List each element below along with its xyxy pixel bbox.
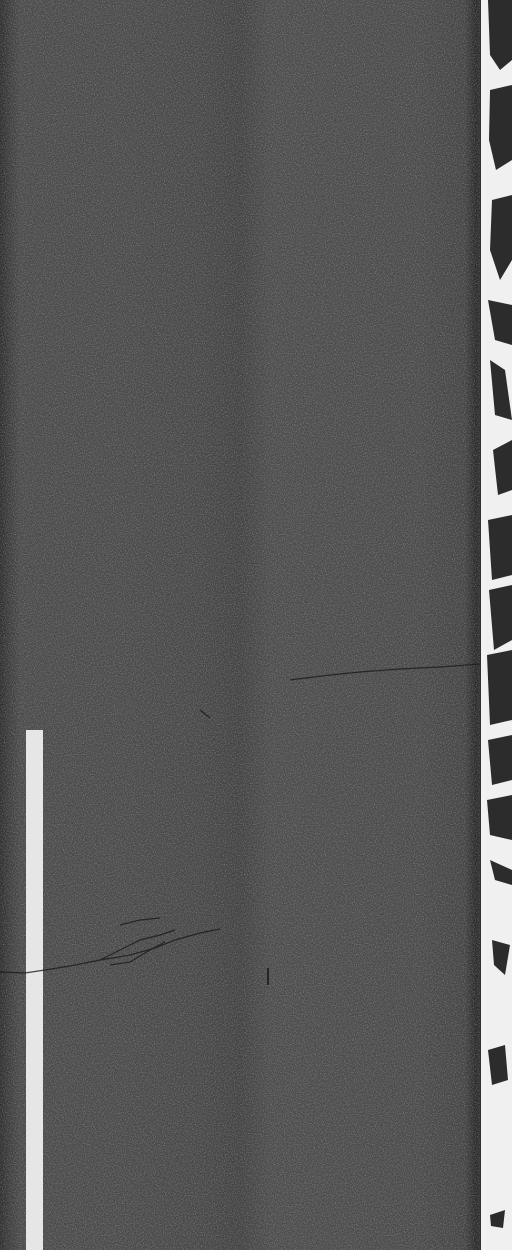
- cracks-overlay: [0, 0, 512, 1250]
- pavement-image: [0, 0, 512, 1250]
- transverse-crack-upper: [290, 664, 480, 680]
- transverse-crack-lower: [0, 929, 220, 973]
